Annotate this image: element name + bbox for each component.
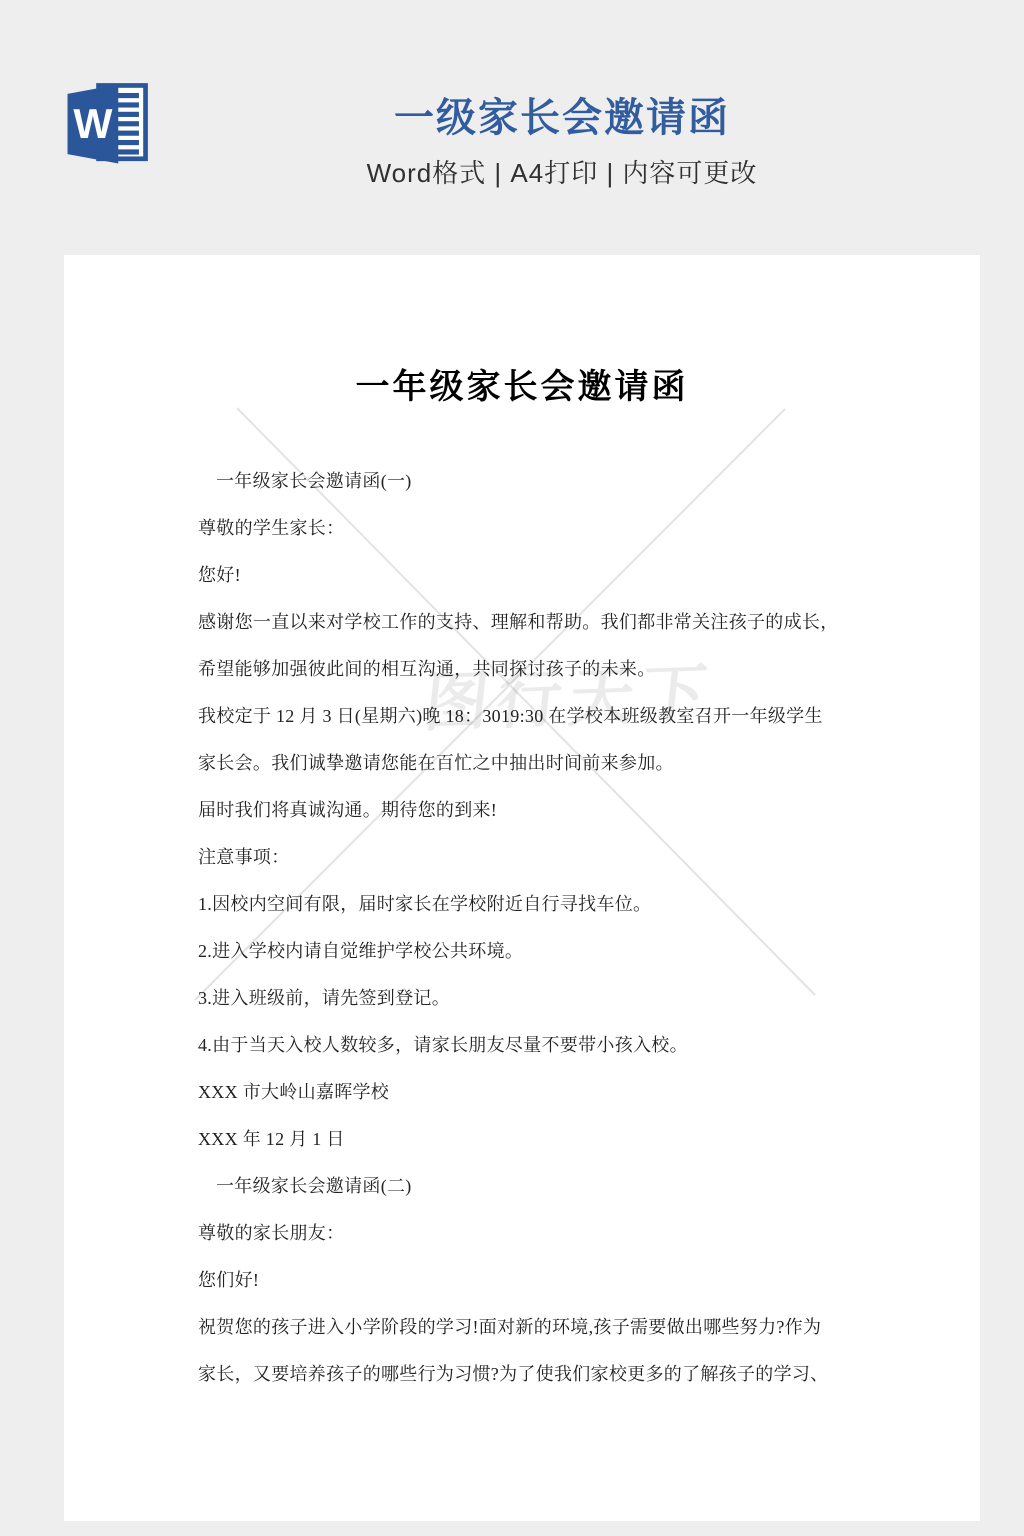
document-body: 一年级家长会邀请函(一)尊敬的学生家长：您好!感谢您一直以来对学校工作的支持、理… [198, 458, 860, 1398]
doc-line: 注意事项： [198, 834, 860, 881]
doc-line: 希望能够加强彼此间的相互沟通，共同探讨孩子的未来。 [198, 646, 860, 693]
doc-line: 祝贺您的孩子进入小学阶段的学习!面对新的环境,孩子需要做出哪些努力?作为 [198, 1304, 860, 1351]
doc-line: XXX 年 12 月 1 日 [198, 1116, 860, 1163]
doc-line: 家长，又要培养孩子的哪些行为习惯?为了使我们家校更多的了解孩子的学习、 [198, 1351, 860, 1398]
doc-line: 您们好! [198, 1257, 860, 1304]
doc-line: 一年级家长会邀请函(一) [198, 458, 860, 505]
document-title: 一年级家长会邀请函 [64, 367, 980, 409]
doc-line: 1.因校内空间有限，届时家长在学校附近自行寻找车位。 [198, 881, 860, 928]
doc-line: 届时我们将真诚沟通。期待您的到来! [198, 787, 860, 834]
doc-line: 一年级家长会邀请函(二) [198, 1163, 860, 1210]
doc-line: 感谢您一直以来对学校工作的支持、理解和帮助。我们都非常关注孩子的成长， [198, 599, 860, 646]
template-header: W 一级家长会邀请函 Word格式 | A4打印 | 内容可更改 [0, 0, 1024, 255]
doc-line: 我校定于 12 月 3 日(星期六)晚 18：3019:30 在学校本班级教室召… [198, 693, 860, 740]
doc-line: 2.进入学校内请自觉维护学校公共环境。 [198, 928, 860, 975]
doc-line: 尊敬的学生家长： [198, 505, 860, 552]
header-subtitle: Word格式 | A4打印 | 内容可更改 [100, 158, 1024, 188]
doc-line: XXX 市大岭山嘉晖学校 [198, 1069, 860, 1116]
doc-line: 4.由于当天入校人数较多，请家长朋友尽量不要带小孩入校。 [198, 1022, 860, 1069]
doc-line: 3.进入班级前，请先签到登记。 [198, 975, 860, 1022]
header-title: 一级家长会邀请函 [100, 94, 1024, 142]
doc-line: 家长会。我们诚挚邀请您能在百忙之中抽出时间前来参加。 [198, 740, 860, 787]
doc-line: 尊敬的家长朋友： [198, 1210, 860, 1257]
doc-line: 您好! [198, 552, 860, 599]
document-page: 图行天下 一年级家长会邀请函 一年级家长会邀请函(一)尊敬的学生家长：您好!感谢… [64, 255, 980, 1521]
